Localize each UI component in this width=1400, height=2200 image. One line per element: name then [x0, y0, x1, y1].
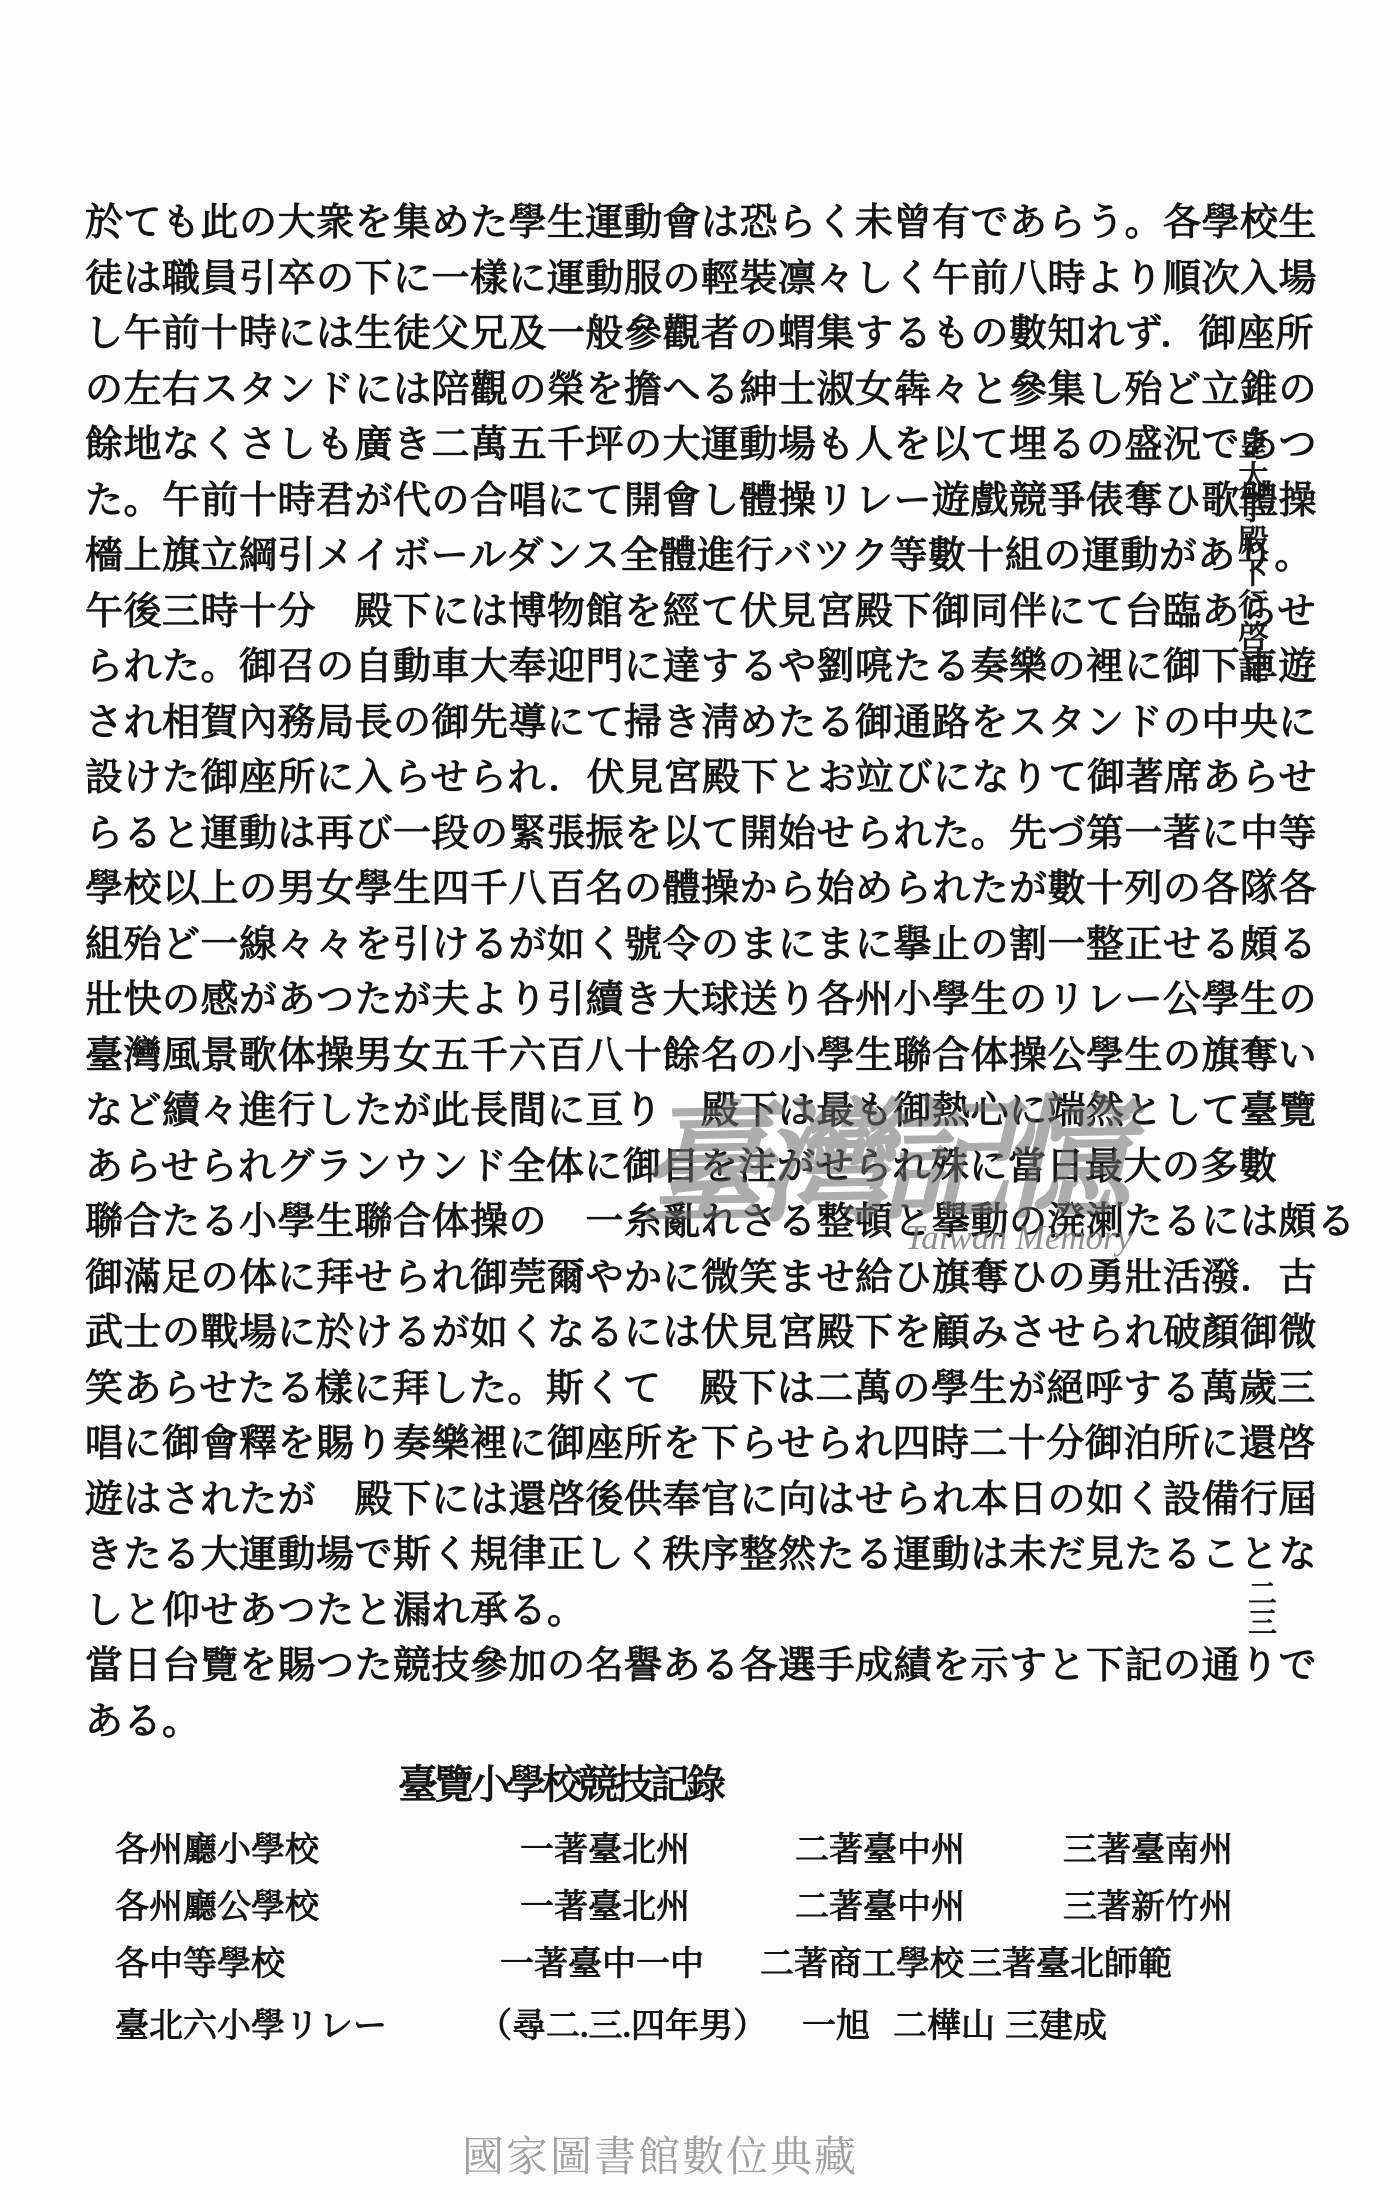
body-line: 壯快の感があつたが夫より引續き大球送り各州小學生のリレー公學生の — [85, 973, 1235, 1029]
record-result-1: 一著臺北州 — [520, 1828, 690, 1874]
body-line: 組殆ど一線々々を引けるが如く號令のまにまに擧止の割一整正せる頗る — [85, 918, 1235, 974]
record-event: 各中等學校 — [115, 1942, 285, 1988]
scanned-document-page: 於ても此の大衆を集めた學生運動會は恐らく未曾有であらう。各學校生 徒は職員引卒の… — [0, 0, 1400, 2200]
body-line: 學校以上の男女學生四千八百名の體操から始められたが數十列の各隊各 — [85, 862, 1235, 918]
body-line: 遊はされたが 殿下には還啓後供奉官に向はせられ本日の如く設備行屆 — [85, 1473, 1235, 1529]
record-event: 各州廳小學校 — [115, 1828, 319, 1874]
body-line: 當日台覽を賜つた競技參加の名譽ある各選手成績を示すと下記の通りで — [85, 1639, 1235, 1695]
record-result-2: 二著商工學校 — [760, 1942, 964, 1988]
body-line: しと仰せあつたと漏れ承る。 — [85, 1584, 1235, 1640]
body-line: され相賀內務局長の御先導にて掃き淸めたる御通路をスタンドの中央に — [85, 696, 1235, 752]
body-line: の左右スタンドには陪觀の榮を擔へる紳士淑女犇々と參集し殆ど立錐の — [85, 363, 1235, 419]
body-line: 聯合たる小學生聯合体操の 一糸亂れさる整頓と擧動の溌溂たるには頗る — [85, 1195, 1235, 1251]
record-row: 各州廳公學校 一著臺北州 二著臺中州 三著新竹州 — [0, 1885, 1400, 1931]
body-line: た。午前十時君が代の合唱にて開會し體操リレー遊戲競爭俵奪ひ歌體操 — [85, 474, 1235, 530]
archive-footer: 國家圖書館數位典藏 — [462, 2124, 858, 2184]
body-line: 檣上旗立綱引メイボールダンス全體進行バツク等數十組の運動があり。 — [85, 529, 1235, 585]
records-heading: 臺覽小學校競技記錄 — [398, 1753, 722, 1810]
body-line: 徒は職員引卒の下に一樣に運動服の輕裝凛々しく午前八時より順次入場 — [85, 252, 1235, 308]
body-line: し午前十時には生徒父兄及一般參觀者の蝟集するもの數知れず．御座所 — [85, 307, 1235, 363]
page-number-vertical: 二三 — [1240, 1578, 1281, 1636]
body-text-block: 於ても此の大衆を集めた學生運動會は恐らく未曾有であらう。各學校生 徒は職員引卒の… — [85, 196, 1235, 1750]
record-result-1: 一旭 — [802, 2004, 870, 2050]
record-result-3: 三著臺南州 — [1063, 1828, 1233, 1874]
body-line: 武士の戰場に於けるが如くなるには伏見宮殿下を顧みさせられ破顏御微 — [85, 1306, 1235, 1362]
body-line: 於ても此の大衆を集めた學生運動會は恐らく未曾有であらう。各學校生 — [85, 196, 1235, 252]
body-line: 臺灣風景歌体操男女五千六百八十餘名の小學生聯合体操公學生の旗奪い — [85, 1029, 1235, 1085]
record-result-2: 二樺山 — [893, 2004, 995, 2050]
body-line: きたる大運動場で斯く規律正しく秩序整然たる運動は未だ見たることな — [85, 1528, 1235, 1584]
record-result-3: 三著臺北師範 — [968, 1942, 1172, 1988]
records-table: 各州廳小學校 一著臺北州 二著臺中州 三著臺南州 各州廳公學校 一著臺北州 二著… — [0, 1828, 1400, 2088]
body-line: あらせられグランウンド全体に御目を注がせられ殊に當日最大の多數 — [85, 1140, 1235, 1196]
running-title-vertical: 皇太子殿下行啓記 — [1228, 428, 1273, 684]
record-row: 各中等學校 一著臺中一中 二著商工學校 三著臺北師範 — [0, 1942, 1400, 1988]
record-result-3: 三建成 — [1005, 2004, 1107, 2050]
body-line: 餘地なくさしも廣き二萬五千坪の大運動場も人を以て埋るの盛況であつ — [85, 418, 1235, 474]
body-line: 唱に御會釋を賜り奏樂裡に御座所を下らせられ四時二十分御泊所に還啓 — [85, 1417, 1235, 1473]
record-row: 臺北六小學リレー （尋二.三.四年男） 一旭 二樺山 三建成 — [0, 2004, 1400, 2050]
body-line: 午後三時十分 殿下には博物館を經て伏見宮殿下御同伴にて台臨あらせ — [85, 585, 1235, 641]
body-line: など續々進行したが此長間に亘り 殿下は最も御熱心に端然として臺覽 — [85, 1084, 1235, 1140]
record-result-2: 二著臺中州 — [795, 1885, 965, 1931]
record-result-2: 二著臺中州 — [795, 1828, 965, 1874]
body-line: 笑あらせたる樣に拜した。斯くて 殿下は二萬の學生が絕呼する萬歲三 — [85, 1362, 1235, 1418]
record-result-3: 三著新竹州 — [1063, 1885, 1233, 1931]
body-line: られた。御召の自動車大奉迎門に達するや劉喨たる奏樂の裡に御下車遊 — [85, 640, 1235, 696]
record-result-1: 一著臺北州 — [520, 1885, 690, 1931]
body-line: ある。 — [85, 1695, 1235, 1751]
record-event: 各州廳公學校 — [115, 1885, 319, 1931]
record-row: 各州廳小學校 一著臺北州 二著臺中州 三著臺南州 — [0, 1828, 1400, 1874]
record-event: 臺北六小學リレー — [115, 2004, 387, 2050]
record-result-1: 一著臺中一中 — [500, 1942, 704, 1988]
body-line: らると運動は再び一段の緊張振を以て開始せられた。先づ第一著に中等 — [85, 807, 1235, 863]
body-line: 設けた御座所に入らせられ．伏見宮殿下とお竝びになりて御著席あらせ — [85, 751, 1235, 807]
body-line: 御滿足の体に拜せられ御莞爾やかに微笑ませ給ひ旗奪ひの勇壯活潑．古 — [85, 1251, 1235, 1307]
record-note: （尋二.三.四年男） — [478, 2004, 767, 2050]
